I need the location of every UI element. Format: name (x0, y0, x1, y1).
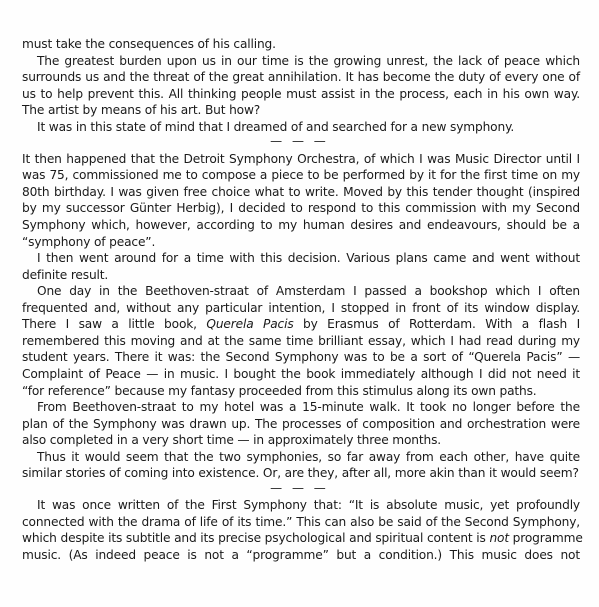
text-line: It then happened that the Detroit Sympho… (22, 151, 580, 168)
text-segment: “for reference” because my fantasy proce… (22, 384, 537, 398)
text-segment: Complaint of Peace — in music. I bought … (22, 367, 580, 381)
text-line: From Beethoven-straat to my hotel was a … (37, 399, 580, 416)
text-line: “symphony of peace”. (22, 234, 580, 251)
text-segment: similar stories of coming into existence… (22, 466, 579, 480)
text-segment: frequented and, without any particular i… (22, 301, 580, 315)
text-line: frequented and, without any particular i… (22, 300, 580, 317)
text-line: One day in the Beethoven-straat of Amste… (37, 283, 580, 300)
text-line: 80th birthday. I was given free choice w… (22, 184, 580, 201)
text-line: also completed in a very short time — in… (22, 432, 580, 449)
text-line: connected with the drama of life of its … (22, 514, 580, 531)
text-segment: From Beethoven-straat to my hotel was a … (37, 400, 580, 414)
text-segment: must take the consequences of his callin… (22, 37, 276, 51)
text-line: There I saw a little book, Querela Pacis… (22, 316, 580, 333)
text-line: was 75, commissioned me to compose a pie… (22, 167, 580, 184)
text-segment: “symphony of peace”. (22, 235, 155, 249)
text-segment: I then went around for a time with this … (37, 251, 580, 265)
text-line: Complaint of Peace — in music. I bought … (22, 366, 580, 383)
text-segment: The greatest burden upon us in our time … (37, 54, 580, 68)
text-line: music. (As indeed peace is not a “progra… (22, 547, 580, 564)
text-segment: by my successor Günter Herbig), I decide… (22, 201, 580, 215)
text-segment: plan of the Symphony was drawn up. The p… (22, 417, 580, 431)
text-line: by my successor Günter Herbig), I decide… (22, 200, 580, 217)
text-segment: by Erasmus of Rotterdam. With a flash I (294, 317, 580, 331)
text-line: The artist by means of his art. But how? (22, 102, 580, 119)
text-line: Thus it would seem that the two symphoni… (37, 449, 580, 466)
text-line: us to help prevent this. All thinking pe… (22, 86, 580, 103)
text-segment: which despite its subtitle and its preci… (22, 531, 489, 545)
text-segment: surrounds us and the threat of the great… (22, 70, 580, 84)
section-separator: — — — (0, 136, 599, 146)
text-line: remembered this moving and at the same t… (22, 333, 580, 350)
text-segment: 80th birthday. I was given free choice w… (22, 185, 580, 199)
text-segment: There I saw a little book, (22, 317, 206, 331)
text-line: Symphony which, however, according to my… (22, 217, 580, 234)
text-segment: Symphony which, however, according to my… (22, 218, 580, 232)
text-line: I then went around for a time with this … (37, 250, 580, 267)
text-line: “for reference” because my fantasy proce… (22, 383, 580, 400)
text-line: plan of the Symphony was drawn up. The p… (22, 416, 580, 433)
text-segment: programme (509, 531, 583, 545)
text-segment: also completed in a very short time — in… (22, 433, 441, 447)
text-segment: was 75, commissioned me to compose a pie… (22, 168, 580, 182)
document-page: must take the consequences of his callin… (0, 0, 599, 607)
text-line: similar stories of coming into existence… (22, 465, 580, 482)
text-segment: It was in this state of mind that I drea… (37, 120, 514, 134)
text-segment: It then happened that the Detroit Sympho… (22, 152, 580, 166)
text-segment: The artist by means of his art. But how? (22, 103, 260, 117)
text-segment: connected with the drama of life of its … (22, 515, 580, 529)
text-line: student years. There it was: the Second … (22, 349, 580, 366)
text-segment: One day in the Beethoven-straat of Amste… (37, 284, 580, 298)
italic-text: Querela Pacis (206, 317, 293, 331)
text-segment: remembered this moving and at the same t… (22, 334, 580, 348)
section-separator: — — — (0, 483, 599, 493)
text-segment: us to help prevent this. All thinking pe… (22, 87, 580, 101)
text-line: surrounds us and the threat of the great… (22, 69, 580, 86)
text-line: definite result. (22, 267, 580, 284)
text-line: It was once written of the First Symphon… (37, 497, 580, 514)
text-segment: music. (As indeed peace is not a “progra… (22, 548, 580, 562)
text-line: must take the consequences of his callin… (22, 36, 580, 53)
text-line: The greatest burden upon us in our time … (37, 53, 580, 70)
text-segment: Thus it would seem that the two symphoni… (37, 450, 580, 464)
text-segment: student years. There it was: the Second … (22, 350, 580, 364)
text-line: which despite its subtitle and its preci… (22, 530, 580, 547)
text-segment: It was once written of the First Symphon… (37, 498, 580, 512)
text-segment: definite result. (22, 268, 108, 282)
italic-text: not (489, 531, 509, 545)
